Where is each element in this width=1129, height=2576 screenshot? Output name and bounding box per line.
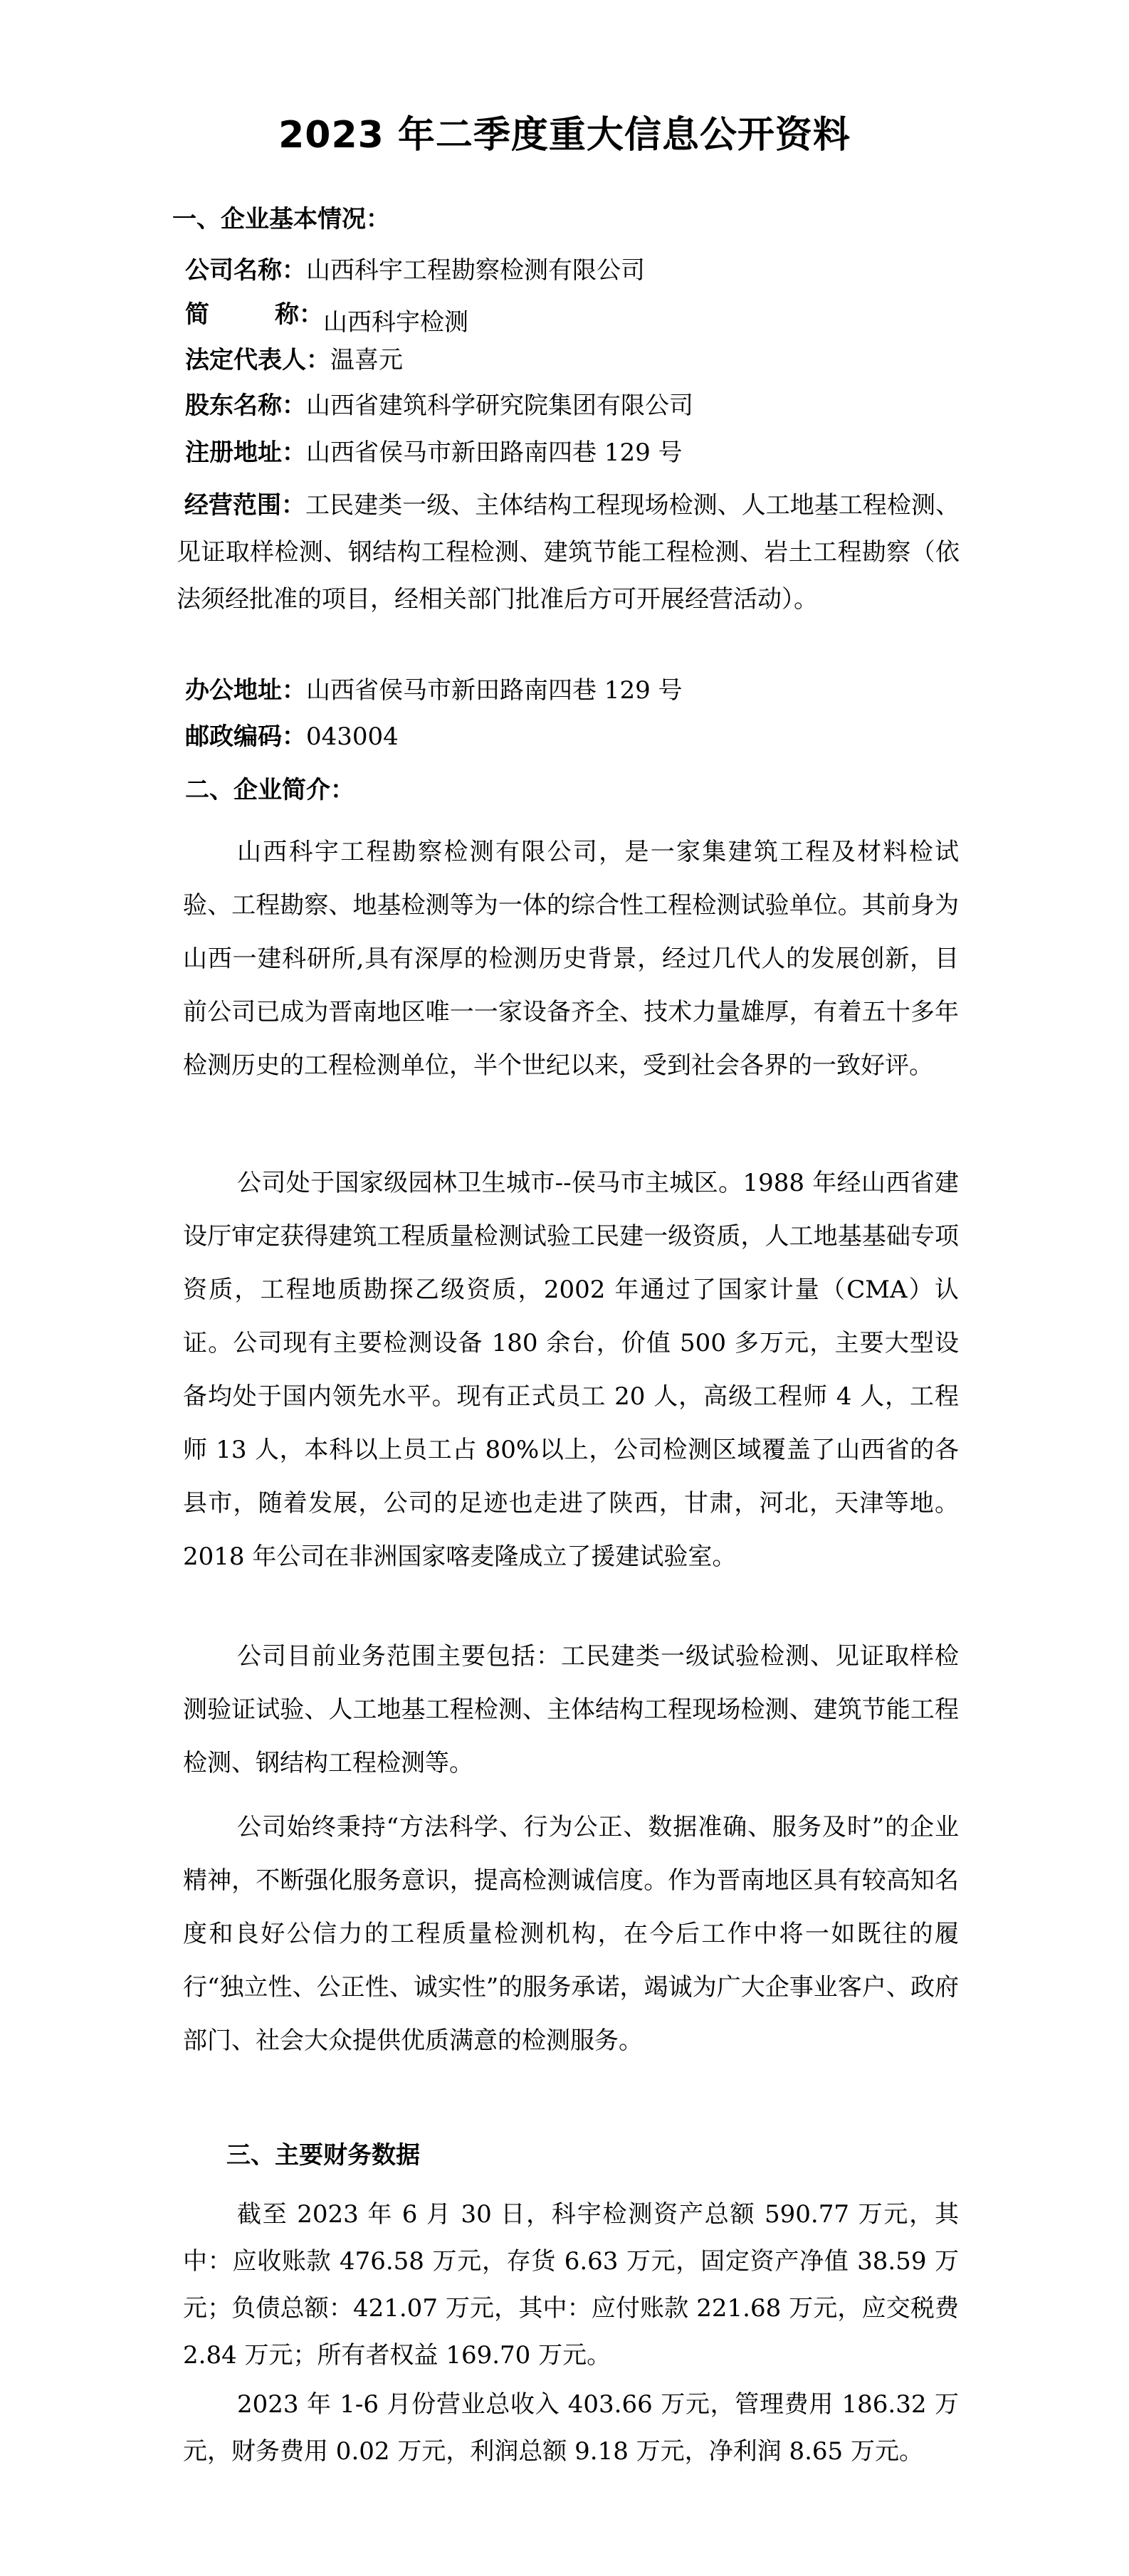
field-value: 山西科宇工程勘察检测有限公司	[306, 256, 645, 285]
field-shareholder: 股东名称：山西省建筑科学研究院集团有限公司	[185, 390, 693, 421]
field-label: 办公地址：	[185, 676, 306, 705]
field-registered-address: 注册地址：山西省侯马市新田路南四巷 129 号	[185, 437, 683, 468]
field-value: 山西省侯马市新田路南四巷 129 号	[306, 438, 683, 467]
field-company-name: 公司名称：山西科宇工程勘察检测有限公司	[185, 255, 645, 286]
field-label-part: 称：	[275, 299, 323, 330]
field-office-address: 办公地址：山西省侯马市新田路南四巷 129 号	[185, 675, 683, 706]
financial-paragraph-2: 2023 年 1-6 月份营业总收入 403.66 万元，管理费用 186.32…	[183, 2381, 959, 2475]
field-label-part: 简	[185, 299, 209, 330]
section-heading-financial-data: 三、主要财务数据	[226, 2140, 420, 2171]
field-business-scope: 经营范围：工民建类一级、主体结构工程现场检测、人工地基工程检测、见证取样检测、钢…	[177, 482, 960, 623]
field-label: 邮政编码：	[185, 722, 306, 751]
profile-paragraph-4: 公司始终秉持“方法科学、行为公正、数据准确、服务及时”的企业精神，不断强化服务意…	[183, 1801, 959, 2068]
field-short-name: 简称：山西科宇检测	[185, 299, 468, 338]
profile-paragraph-1: 山西科宇工程勘察检测有限公司，是一家集建筑工程及材料检试 验、工程勘察、地基检测…	[183, 826, 959, 1093]
field-label: 经营范围：	[184, 491, 305, 520]
field-value: 043004	[306, 722, 399, 751]
profile-paragraph-3: 公司目前业务范围主要包括：工民建类一级试验检测、见证取样检测验证试验、人工地基工…	[183, 1630, 959, 1790]
field-legal-representative: 法定代表人：温喜元	[185, 345, 403, 376]
section-heading-basic-info: 一、企业基本情况：	[172, 204, 390, 235]
field-postal-code: 邮政编码：043004	[185, 721, 399, 752]
field-value: 温喜元	[330, 346, 403, 374]
profile-paragraph-2: 公司处于国家级园林卫生城市--侯马市主城区。1988 年经山西省建设厅审定获得建…	[183, 1157, 959, 1584]
field-value: 山西省建筑科学研究院集团有限公司	[306, 391, 693, 420]
section-heading-company-profile: 二、企业简介：	[185, 774, 355, 806]
field-value: 山西科宇检测	[323, 308, 468, 337]
field-label: 简称：	[185, 299, 323, 330]
field-value: 山西省侯马市新田路南四巷 129 号	[306, 676, 683, 705]
field-label: 公司名称：	[185, 256, 306, 285]
field-label: 法定代表人：	[185, 346, 330, 374]
field-label: 股东名称：	[185, 391, 306, 420]
financial-paragraph-1: 截至 2023 年 6 月 30 日，科宇检测资产总额 590.77 万元，其中…	[183, 2191, 959, 2379]
document-title: 2023 年二季度重大信息公开资料	[0, 107, 1129, 164]
field-label: 注册地址：	[185, 438, 306, 467]
document-page: 2023 年二季度重大信息公开资料 一、企业基本情况： 公司名称：山西科宇工程勘…	[0, 0, 1129, 2576]
